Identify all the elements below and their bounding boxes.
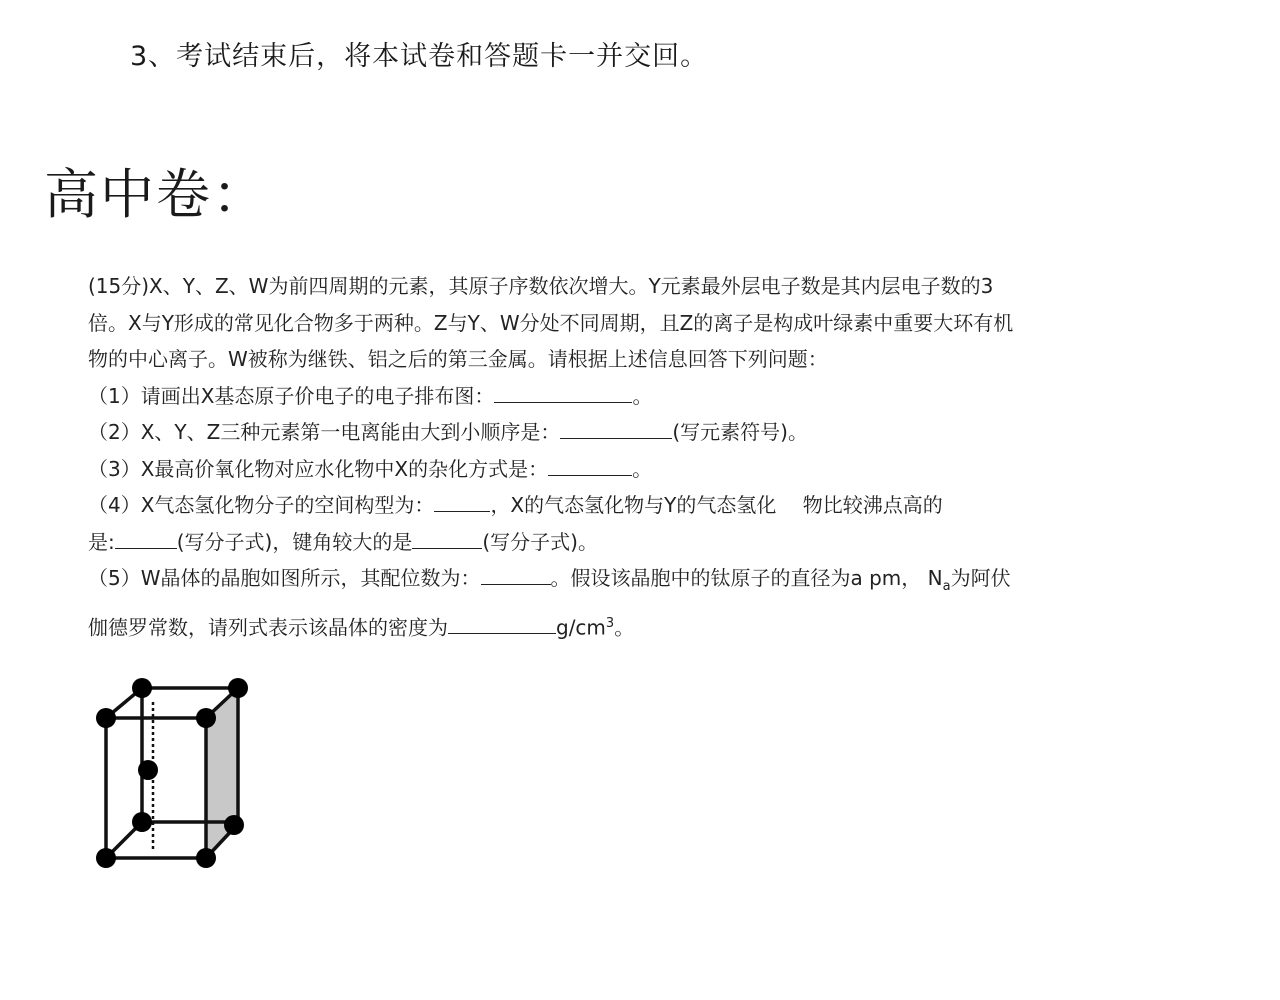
section-title: 高中卷：: [44, 152, 268, 229]
answer-blank-4a[interactable]: [434, 489, 490, 512]
sub-question-5-cont: 伽德罗常数，请列式表示该晶体的密度为g/cm3。: [88, 606, 1228, 646]
question-intro-line-3: 物的中心离子。W被称为继铁、铝之后的第三金属。请根据上述信息回答下列问题：: [88, 341, 1228, 378]
answer-blank-4c[interactable]: [412, 526, 482, 549]
sub-question-4-cont: 是:(写分子式)，键角较大的是(写分子式)。: [88, 524, 1228, 561]
sub-question-2: （2）X、Y、Z三种元素第一电离能由大到小顺序是：(写元素符号)。: [88, 414, 1228, 451]
sub-question-4: （4）X气态氢化物分子的空间构型为：，X的气态氢化物与Y的气态氢化 物比较沸点高…: [88, 487, 1228, 524]
exam-instruction-note: 3、考试结束后，将本试卷和答题卡一并交回。: [130, 34, 708, 73]
unit-cell-diagram: [90, 670, 260, 870]
answer-blank-5b[interactable]: [448, 611, 556, 634]
sub-question-3: （3）X最高价氧化物对应水化物中X的杂化方式是：。: [88, 451, 1228, 488]
sub-question-1: （1）请画出X基态原子价电子的电子排布图：。: [88, 378, 1228, 415]
answer-blank-1[interactable]: [494, 380, 632, 403]
answer-blank-3[interactable]: [548, 453, 632, 476]
answer-blank-4b[interactable]: [115, 526, 177, 549]
answer-blank-2[interactable]: [560, 416, 672, 439]
answer-blank-5a[interactable]: [481, 562, 551, 585]
sub-question-5: （5）W晶体的晶胞如图所示，其配位数为：。假设该晶胞中的钛原子的直径为a pm，…: [88, 560, 1228, 606]
question-intro-line-1: (15分)X、Y、Z、W为前四周期的元素，其原子序数依次增大。Y元素最外层电子数…: [88, 268, 1228, 305]
question-intro-line-2: 倍。X与Y形成的常见化合物多于两种。Z与Y、W分处不同周期，且Z的离子是构成叶绿…: [88, 305, 1228, 342]
question-block: (15分)X、Y、Z、W为前四周期的元素，其原子序数依次增大。Y元素最外层电子数…: [88, 268, 1228, 646]
